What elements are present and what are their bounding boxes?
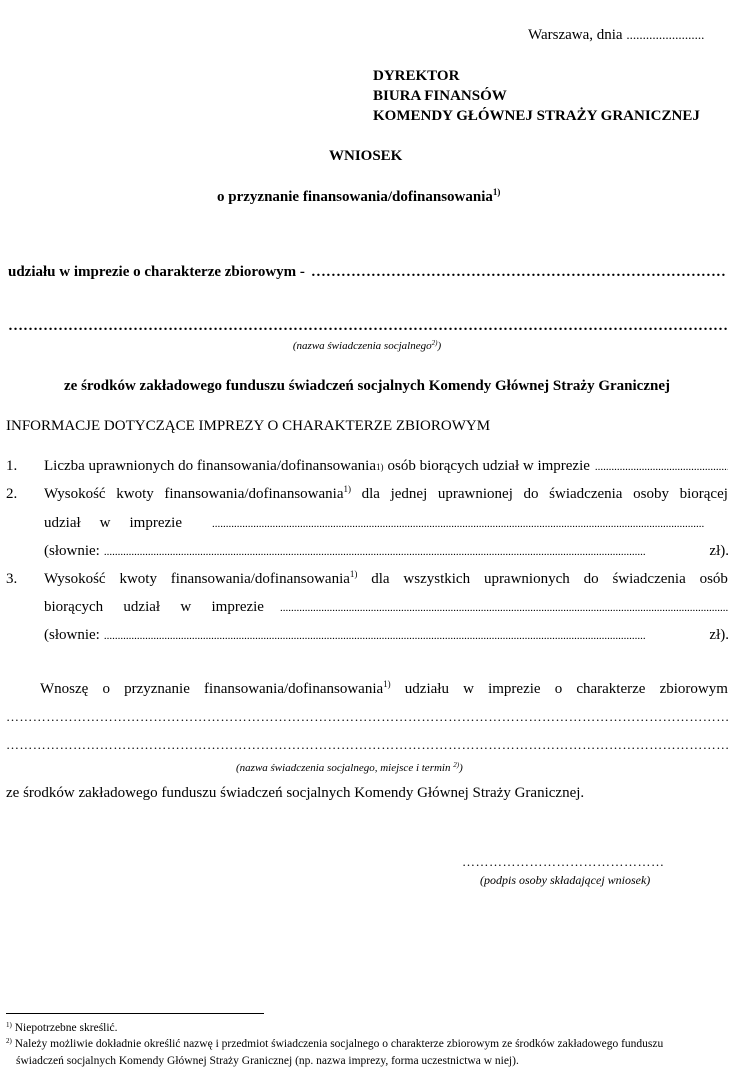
total-amount-words-field[interactable]: ........................................… [104,630,710,642]
item-3-line-2: biorącychudziałwimprezie ...............… [0,599,734,616]
request-field-row-1: …………………………………………………………………………………………………………… [6,709,728,725]
word: imprezie [130,515,182,532]
footnote-text: Należy możliwie dokładnie określić nazwę… [15,1038,664,1050]
footnote-mark: 2) [6,1037,12,1045]
request-field-row-2: …………………………………………………………………………………………………………… [6,737,728,753]
benefit-name-row-2: …………………………………………………………………………………………………………… [8,318,728,335]
amount-per-person-words-field[interactable]: ........................................… [104,546,706,558]
item-2-line-2: udziałwimprezie ........................… [0,515,734,532]
word: udział [123,599,160,616]
benefit-name-row: udziału w imprezie o charakterze zbiorow… [8,264,726,281]
item-text-justified: Wysokośćkwotyfinansowania/dofinansowania… [44,571,728,588]
footnote-separator [6,1013,264,1014]
document-title: WNIOSEK [329,148,402,165]
word: biorących [44,599,103,616]
place-date-label: Warszawa, dnia [528,27,623,43]
currency-suffix: zł). [709,627,729,644]
date-field[interactable]: ........................ [626,27,704,42]
caption-end: ) [437,340,441,352]
amount-per-person-field[interactable]: ........................................… [212,518,728,530]
item-3-line-3: (słownie: ..............................… [0,627,734,644]
footnote-ref: 1) [493,187,501,197]
item-2: 2. Wysokośćkwotyfinansowania/dofinansowa… [0,486,734,503]
item-number: 2. [0,486,44,503]
benefit-name-field-2[interactable]: …………………………………………………………………………………………………………… [8,318,728,335]
in-words-label: (słownie: [44,627,100,644]
subtitle-text: o przyznanie finansowania/dofinansowania [217,189,493,205]
word: imprezie [211,599,263,616]
item-2-line-3: (słownie: ..............................… [0,543,734,560]
item-text: Liczba uprawnionych do finansowania/dofi… [44,458,376,475]
section-heading: INFORMACJE DOTYCZĄCE IMPREZY O CHARAKTER… [6,418,490,435]
benefit-name-label: udziału w imprezie o charakterze zbiorow… [8,264,305,281]
item-1: 1. Liczba uprawnionych do finansowania/d… [0,458,734,475]
addressee-line: KOMENDY GŁÓWNEJ STRAŻY GRANICZNEJ [373,106,700,126]
item-text: osób biorących udział w imprezie [387,458,589,475]
footnote-ref: 1) [383,679,391,689]
request-event-field-1[interactable]: …………………………………………………………………………………………………………… [6,709,728,725]
request-closing: ze środków zakładowego funduszu świadcze… [6,785,584,802]
item-number: 1. [0,458,44,475]
participants-count-field[interactable]: ........................................… [595,461,728,473]
addressee-block: DYREKTOR BIURA FINANSÓW KOMENDY GŁÓWNEJ … [373,66,700,126]
caption-text: (nazwa świadczenia socjalnego, miejsce i… [236,762,450,774]
caption-end: ) [459,762,463,774]
request-line-1: Wnoszęoprzyznaniefinansowania/dofinansow… [40,681,728,698]
footnote-ref: 1) [350,569,358,579]
addressee-line: BIURA FINANSÓW [373,86,700,106]
footnote-text: Niepotrzebne skreślić. [15,1022,118,1034]
footnote-2: 2) Należy możliwie dokładnie określić na… [6,1038,663,1050]
request-text: Wnoszęoprzyznaniefinansowania/dofinansow… [40,681,728,698]
item-number: 3. [0,571,44,588]
benefit-name-field[interactable]: …………………………………………………………………………………………………………… [311,264,726,281]
signature-field[interactable]: ……………………………………… [462,854,665,870]
word: w [180,599,191,616]
item-text: udziałwimprezie [44,515,182,532]
in-words-label: (słownie: [44,543,100,560]
footnote-ref: 1) [344,484,352,494]
fund-line: ze środków zakładowego funduszu świadcze… [0,378,734,395]
place-date: Warszawa, dnia ........................ [528,27,704,44]
item-text: biorącychudziałwimprezie [44,599,264,616]
currency-suffix: zł). [709,543,729,560]
document-subtitle: o przyznanie finansowania/dofinansowania… [217,189,500,206]
signature-caption: (podpis osoby składającej wniosek) [480,873,650,888]
footnote-mark: 1) [6,1021,12,1029]
item-3: 3. Wysokośćkwotyfinansowania/dofinansowa… [0,571,734,588]
caption-text: (nazwa świadczenia socjalnego [293,340,432,352]
addressee-line: DYREKTOR [373,66,700,86]
word: udział [44,515,81,532]
request-event-field-2[interactable]: …………………………………………………………………………………………………………… [6,737,728,753]
total-amount-field[interactable]: ........................................… [280,602,728,614]
item-text-justified: Wysokośćkwotyfinansowania/dofinansowania… [44,486,728,503]
benefit-name-caption: (nazwa świadczenia socjalnego2)) [0,340,734,352]
request-caption: (nazwa świadczenia socjalnego, miejsce i… [236,762,463,774]
word: w [100,515,111,532]
footnote-2-continued: świadczeń socjalnych Komendy Głównej Str… [16,1055,519,1067]
footnote-1: 1) Niepotrzebne skreślić. [6,1022,118,1034]
